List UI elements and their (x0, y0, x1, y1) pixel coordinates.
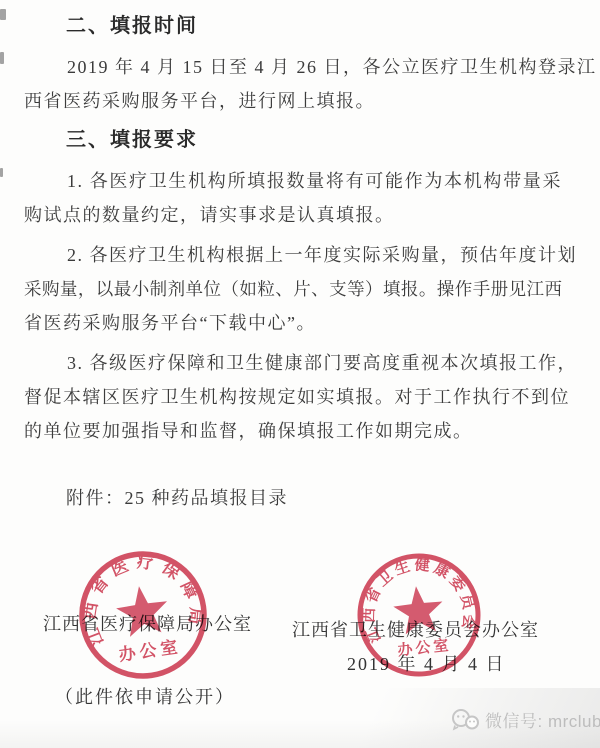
watermark: 微信号: mrclub (450, 707, 600, 732)
attachment-line: 附件：25 种药品填报目录 (24, 481, 562, 515)
body-line: 采购量，以最小制剂单位（如粒、片、支等）填报。操作手册见江西 (24, 272, 562, 306)
body-line: 的单位要加强指导和监督，确保填报工作如期完成。 (24, 414, 562, 448)
body-line: 2. 各医疗卫生机构根据上一年度实际采购量，预估年度计划 (24, 238, 562, 272)
body-line: 3. 各级医疗保障和卫生健康部门要高度重视本次填报工作， (24, 346, 562, 380)
star-icon (391, 584, 445, 636)
star-icon (114, 583, 172, 638)
body-line: 购试点的数量约定，请实事求是认真填报。 (24, 198, 562, 232)
heading-filing-requirements: 三、填报要求 (24, 122, 562, 158)
body-line: 省医药采购服务平台“下载中心”。 (24, 306, 562, 340)
body-line: 西省医药采购服务平台，进行网上填报。 (24, 84, 562, 118)
watermark-label: 微信号: mrclub (485, 707, 600, 732)
official-seal-right: 江西省卫生健康委员会 办公室 (337, 533, 502, 698)
document-body: 二、填报时间 2019 年 4 月 15 日至 4 月 26 日，各公立医疗卫生… (24, 8, 562, 515)
body-line: 1. 各医疗卫生机构所填报数量将有可能作为本机构带量采 (24, 164, 562, 198)
official-seal-left: 江西省医疗保障局 办公室 (58, 530, 227, 699)
heading-filing-time: 二、填报时间 (24, 8, 562, 44)
scan-artifact (0, 168, 3, 177)
scan-artifact (0, 9, 6, 20)
body-line: 督促本辖区医疗卫生机构按规定如实填报。对于工作执行不到位 (24, 380, 562, 414)
document-page: 二、填报时间 2019 年 4 月 15 日至 4 月 26 日，各公立医疗卫生… (0, 0, 600, 748)
seal-office-text: 办公室 (117, 636, 182, 665)
seal-office-text: 办公室 (397, 636, 453, 660)
wechat-icon (450, 708, 480, 732)
body-line: 2019 年 4 月 15 日至 4 月 26 日，各公立医疗卫生机构登录江 (24, 50, 562, 84)
scan-artifact (0, 52, 4, 64)
